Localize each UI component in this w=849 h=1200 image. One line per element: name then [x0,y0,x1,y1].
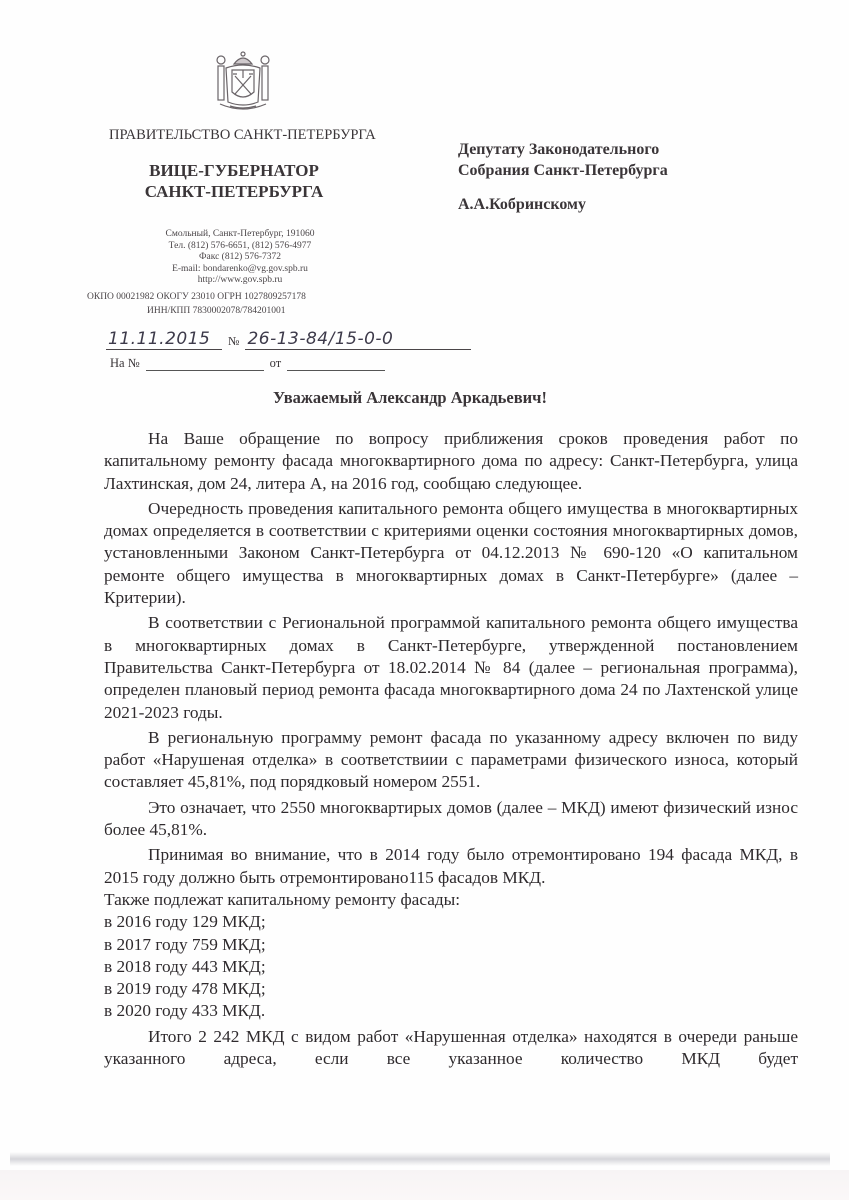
list-item: в 2018 году 443 МКД; [104,956,798,978]
fax: Факс (812) 576-7372 [90,252,390,264]
list-item: в 2016 году 129 МКД; [104,911,798,933]
registration-line: 11.11.2015 № 26-13-84/15-0-0 [106,326,471,350]
title-line-1: ВИЦЕ-ГУБЕРНАТОР [69,160,399,181]
letter-page: ПРАВИТЕЛЬСТВО САНКТ-ПЕТЕРБУРГА ВИЦЕ-ГУБЕ… [0,0,849,1200]
reference-date-blank [287,358,385,371]
paragraph-5: Это означает, что 2550 многоквартирых до… [104,797,798,842]
phone: Тел. (812) 576-6651, (812) 576-4977 [90,241,390,253]
coat-of-arms-icon [212,48,274,116]
okpo-okogu-ogrn: ОКПО 00021982 ОКОГУ 23010 ОГРН 102780925… [87,290,407,304]
registration-number: 26-13-84/15-0-0 [245,329,471,350]
registration-date: 11.11.2015 [106,329,222,350]
registry-codes: ОКПО 00021982 ОКОГУ 23010 ОГРН 102780925… [87,290,407,318]
paragraph-4: В региональную программу ремонт фасада п… [104,727,798,794]
paragraph-3: В соответствии с Региональной программой… [104,612,798,723]
inn-kpp: ИНН/КПП 7830002078/784201001 [147,304,407,318]
list-item: в 2020 году 433 МКД. [104,1000,798,1022]
scan-edge [0,1170,849,1200]
list-item: в 2017 году 759 МКД; [104,934,798,956]
reference-label: На № [110,356,140,371]
salutation: Уважаемый Александр Аркадьевич! [273,388,633,408]
title-line-2: САНКТ-ПЕТЕРБУРГА [69,181,399,202]
addressee-line-1: Депутату Законодательного [458,139,788,160]
paragraph-6: Принимая во внимание, что в 2014 году бы… [104,844,798,889]
paragraph-2: Очередность проведения капитального ремо… [104,498,798,609]
list-item: в 2019 году 478 МКД; [104,978,798,1000]
reference-line: На № от [110,356,385,371]
government-name: ПРАВИТЕЛЬСТВО САНКТ-ПЕТЕРБУРГА [109,127,399,144]
number-sign: № [228,334,239,349]
closing-paragraph: Итого 2 242 МКД с видом работ «Нарушенна… [104,1026,798,1071]
addressee-line-2: Собрания Санкт-Петербурга [458,160,788,181]
scan-shadow [10,1152,830,1166]
paragraph-1: На Ваше обращение по вопросу приближения… [104,428,798,495]
vice-governor-title: ВИЦЕ-ГУБЕРНАТОР САНКТ-ПЕТЕРБУРГА [109,160,399,202]
addressee-block: Депутату Законодательного Собрания Санкт… [458,139,788,215]
reference-from-label: от [270,356,282,371]
list-intro: Также подлежат капитальному ремонту фаса… [104,889,798,911]
reference-number-blank [146,358,264,371]
website: http://www.gov.spb.ru [90,275,390,287]
address: Смольный, Санкт-Петербург, 191060 [90,229,390,241]
contact-info: Смольный, Санкт-Петербург, 191060 Тел. (… [90,229,390,287]
email: E-mail: bondarenko@vg.gov.spb.ru [90,264,390,276]
addressee-name: А.А.Кобринскому [458,194,788,215]
letter-body: На Ваше обращение по вопросу приближения… [104,428,798,1070]
